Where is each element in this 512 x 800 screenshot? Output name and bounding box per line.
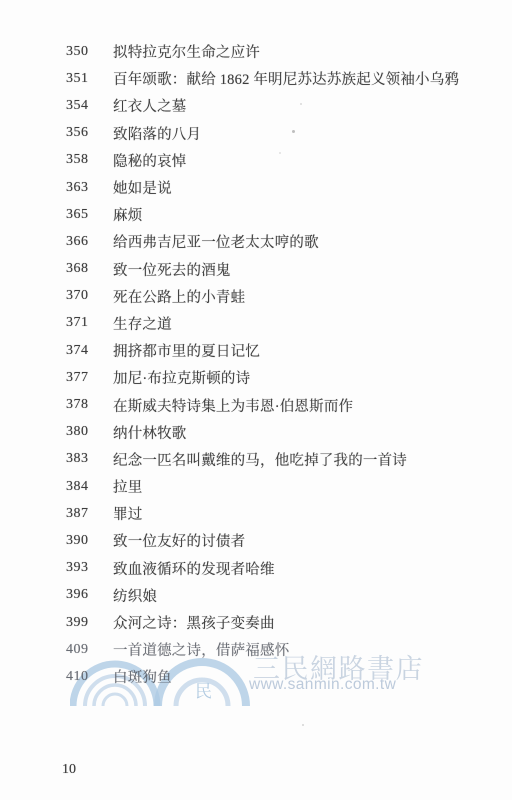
toc-row: 383 纪念一匹名叫戴维的马，他吃掉了我的一首诗 bbox=[0, 446, 512, 473]
toc-page-number: 374 bbox=[66, 343, 113, 359]
toc-page-number: 390 bbox=[66, 533, 113, 549]
toc-row: 393 致血液循环的发现者哈维 bbox=[0, 555, 512, 582]
toc-row: 365 麻烦 bbox=[0, 201, 512, 228]
toc-page-number: 351 bbox=[66, 71, 113, 87]
toc-page-number: 393 bbox=[66, 560, 113, 576]
toc-title: 麻烦 bbox=[113, 204, 142, 225]
toc-page-number: 370 bbox=[66, 288, 113, 304]
toc-title: 拉里 bbox=[113, 476, 142, 497]
toc-page-number: 410 bbox=[66, 669, 113, 685]
toc-title: 红衣人之墓 bbox=[113, 95, 187, 116]
toc-row: 399 众河之诗：黑孩子变奏曲 bbox=[0, 609, 512, 636]
toc-title: 死在公路上的小青蛙 bbox=[113, 286, 245, 307]
toc-row: 350 拟特拉克尔生命之应许 bbox=[0, 38, 512, 65]
toc-row: 354 红衣人之墓 bbox=[0, 92, 512, 119]
scan-speck bbox=[302, 724, 304, 726]
toc-row: 380 纳什林牧歌 bbox=[0, 419, 512, 446]
toc-title: 在斯威夫特诗集上为韦恩·伯恩斯而作 bbox=[113, 395, 353, 416]
toc-page-number: 358 bbox=[66, 152, 113, 168]
toc-row: 366 给西弗吉尼亚一位老太太哼的歌 bbox=[0, 228, 512, 255]
toc-page-number: 399 bbox=[66, 615, 113, 631]
toc-title: 纪念一匹名叫戴维的马，他吃掉了我的一首诗 bbox=[113, 449, 407, 470]
toc-row: 410 白斑狗鱼 bbox=[0, 663, 512, 690]
toc-title: 加尼·布拉克斯顿的诗 bbox=[113, 367, 250, 388]
toc-page-number: 377 bbox=[66, 370, 113, 386]
toc-page-number: 380 bbox=[66, 424, 113, 440]
toc-row: 387 罪过 bbox=[0, 500, 512, 527]
toc-page-number: 363 bbox=[66, 180, 113, 196]
toc-row: 351 百年颂歌：献给 1862 年明尼苏达苏族起义领袖小乌鸦 bbox=[0, 65, 512, 92]
toc-title: 致陷落的八月 bbox=[113, 123, 201, 144]
scan-speck bbox=[300, 103, 302, 105]
toc-row: 371 生存之道 bbox=[0, 310, 512, 337]
toc-row: 378 在斯威夫特诗集上为韦恩·伯恩斯而作 bbox=[0, 391, 512, 418]
toc-title: 致一位死去的酒鬼 bbox=[113, 259, 231, 280]
scan-speck bbox=[279, 152, 281, 154]
toc-title: 白斑狗鱼 bbox=[113, 666, 172, 687]
toc-row: 363 她如是说 bbox=[0, 174, 512, 201]
toc-row: 377 加尼·布拉克斯顿的诗 bbox=[0, 364, 512, 391]
toc-title: 纺织娘 bbox=[113, 585, 157, 606]
toc-title: 百年颂歌：献给 1862 年明尼苏达苏族起义领袖小乌鸦 bbox=[113, 68, 459, 89]
toc-page-number: 365 bbox=[66, 207, 113, 223]
toc-list: 350 拟特拉克尔生命之应许 351 百年颂歌：献给 1862 年明尼苏达苏族起… bbox=[0, 38, 512, 691]
toc-title: 生存之道 bbox=[113, 313, 172, 334]
toc-title: 致一位友好的讨债者 bbox=[113, 530, 245, 551]
toc-page-number: 409 bbox=[66, 642, 113, 658]
toc-title: 她如是说 bbox=[113, 177, 172, 198]
toc-page-number: 371 bbox=[66, 315, 113, 331]
toc-row: 358 隐秘的哀悼 bbox=[0, 147, 512, 174]
scanned-book-page: 民 三民網路書店 www.sanmin.com.tw 350 拟特拉克尔生命之应… bbox=[0, 0, 512, 800]
toc-title: 给西弗吉尼亚一位老太太哼的歌 bbox=[113, 231, 319, 252]
toc-page-number: 387 bbox=[66, 506, 113, 522]
toc-title: 拟特拉克尔生命之应许 bbox=[113, 41, 260, 62]
scan-speck bbox=[292, 130, 295, 133]
toc-row: 370 死在公路上的小青蛙 bbox=[0, 283, 512, 310]
toc-title: 隐秘的哀悼 bbox=[113, 150, 187, 171]
toc-title: 一首道德之诗，借萨福感怀 bbox=[113, 639, 289, 660]
toc-page-number: 366 bbox=[66, 234, 113, 250]
toc-row: 384 拉里 bbox=[0, 473, 512, 500]
toc-row: 368 致一位死去的酒鬼 bbox=[0, 256, 512, 283]
toc-title: 致血液循环的发现者哈维 bbox=[113, 558, 275, 579]
toc-title: 众河之诗：黑孩子变奏曲 bbox=[113, 612, 275, 633]
toc-page-number: 383 bbox=[66, 451, 113, 467]
toc-page-number: 350 bbox=[66, 44, 113, 60]
page-number: 10 bbox=[62, 762, 76, 778]
toc-page-number: 378 bbox=[66, 397, 113, 413]
toc-row: 390 致一位友好的讨债者 bbox=[0, 527, 512, 554]
toc-row: 374 拥挤都市里的夏日记忆 bbox=[0, 337, 512, 364]
toc-row: 409 一首道德之诗，借萨福感怀 bbox=[0, 636, 512, 663]
toc-title: 纳什林牧歌 bbox=[113, 422, 187, 443]
toc-page-number: 354 bbox=[66, 98, 113, 114]
toc-page-number: 356 bbox=[66, 125, 113, 141]
toc-row: 356 致陷落的八月 bbox=[0, 120, 512, 147]
toc-title: 罪过 bbox=[113, 503, 142, 524]
toc-page-number: 368 bbox=[66, 261, 113, 277]
toc-page-number: 384 bbox=[66, 479, 113, 495]
toc-row: 396 纺织娘 bbox=[0, 582, 512, 609]
toc-page-number: 396 bbox=[66, 587, 113, 603]
toc-title: 拥挤都市里的夏日记忆 bbox=[113, 340, 260, 361]
